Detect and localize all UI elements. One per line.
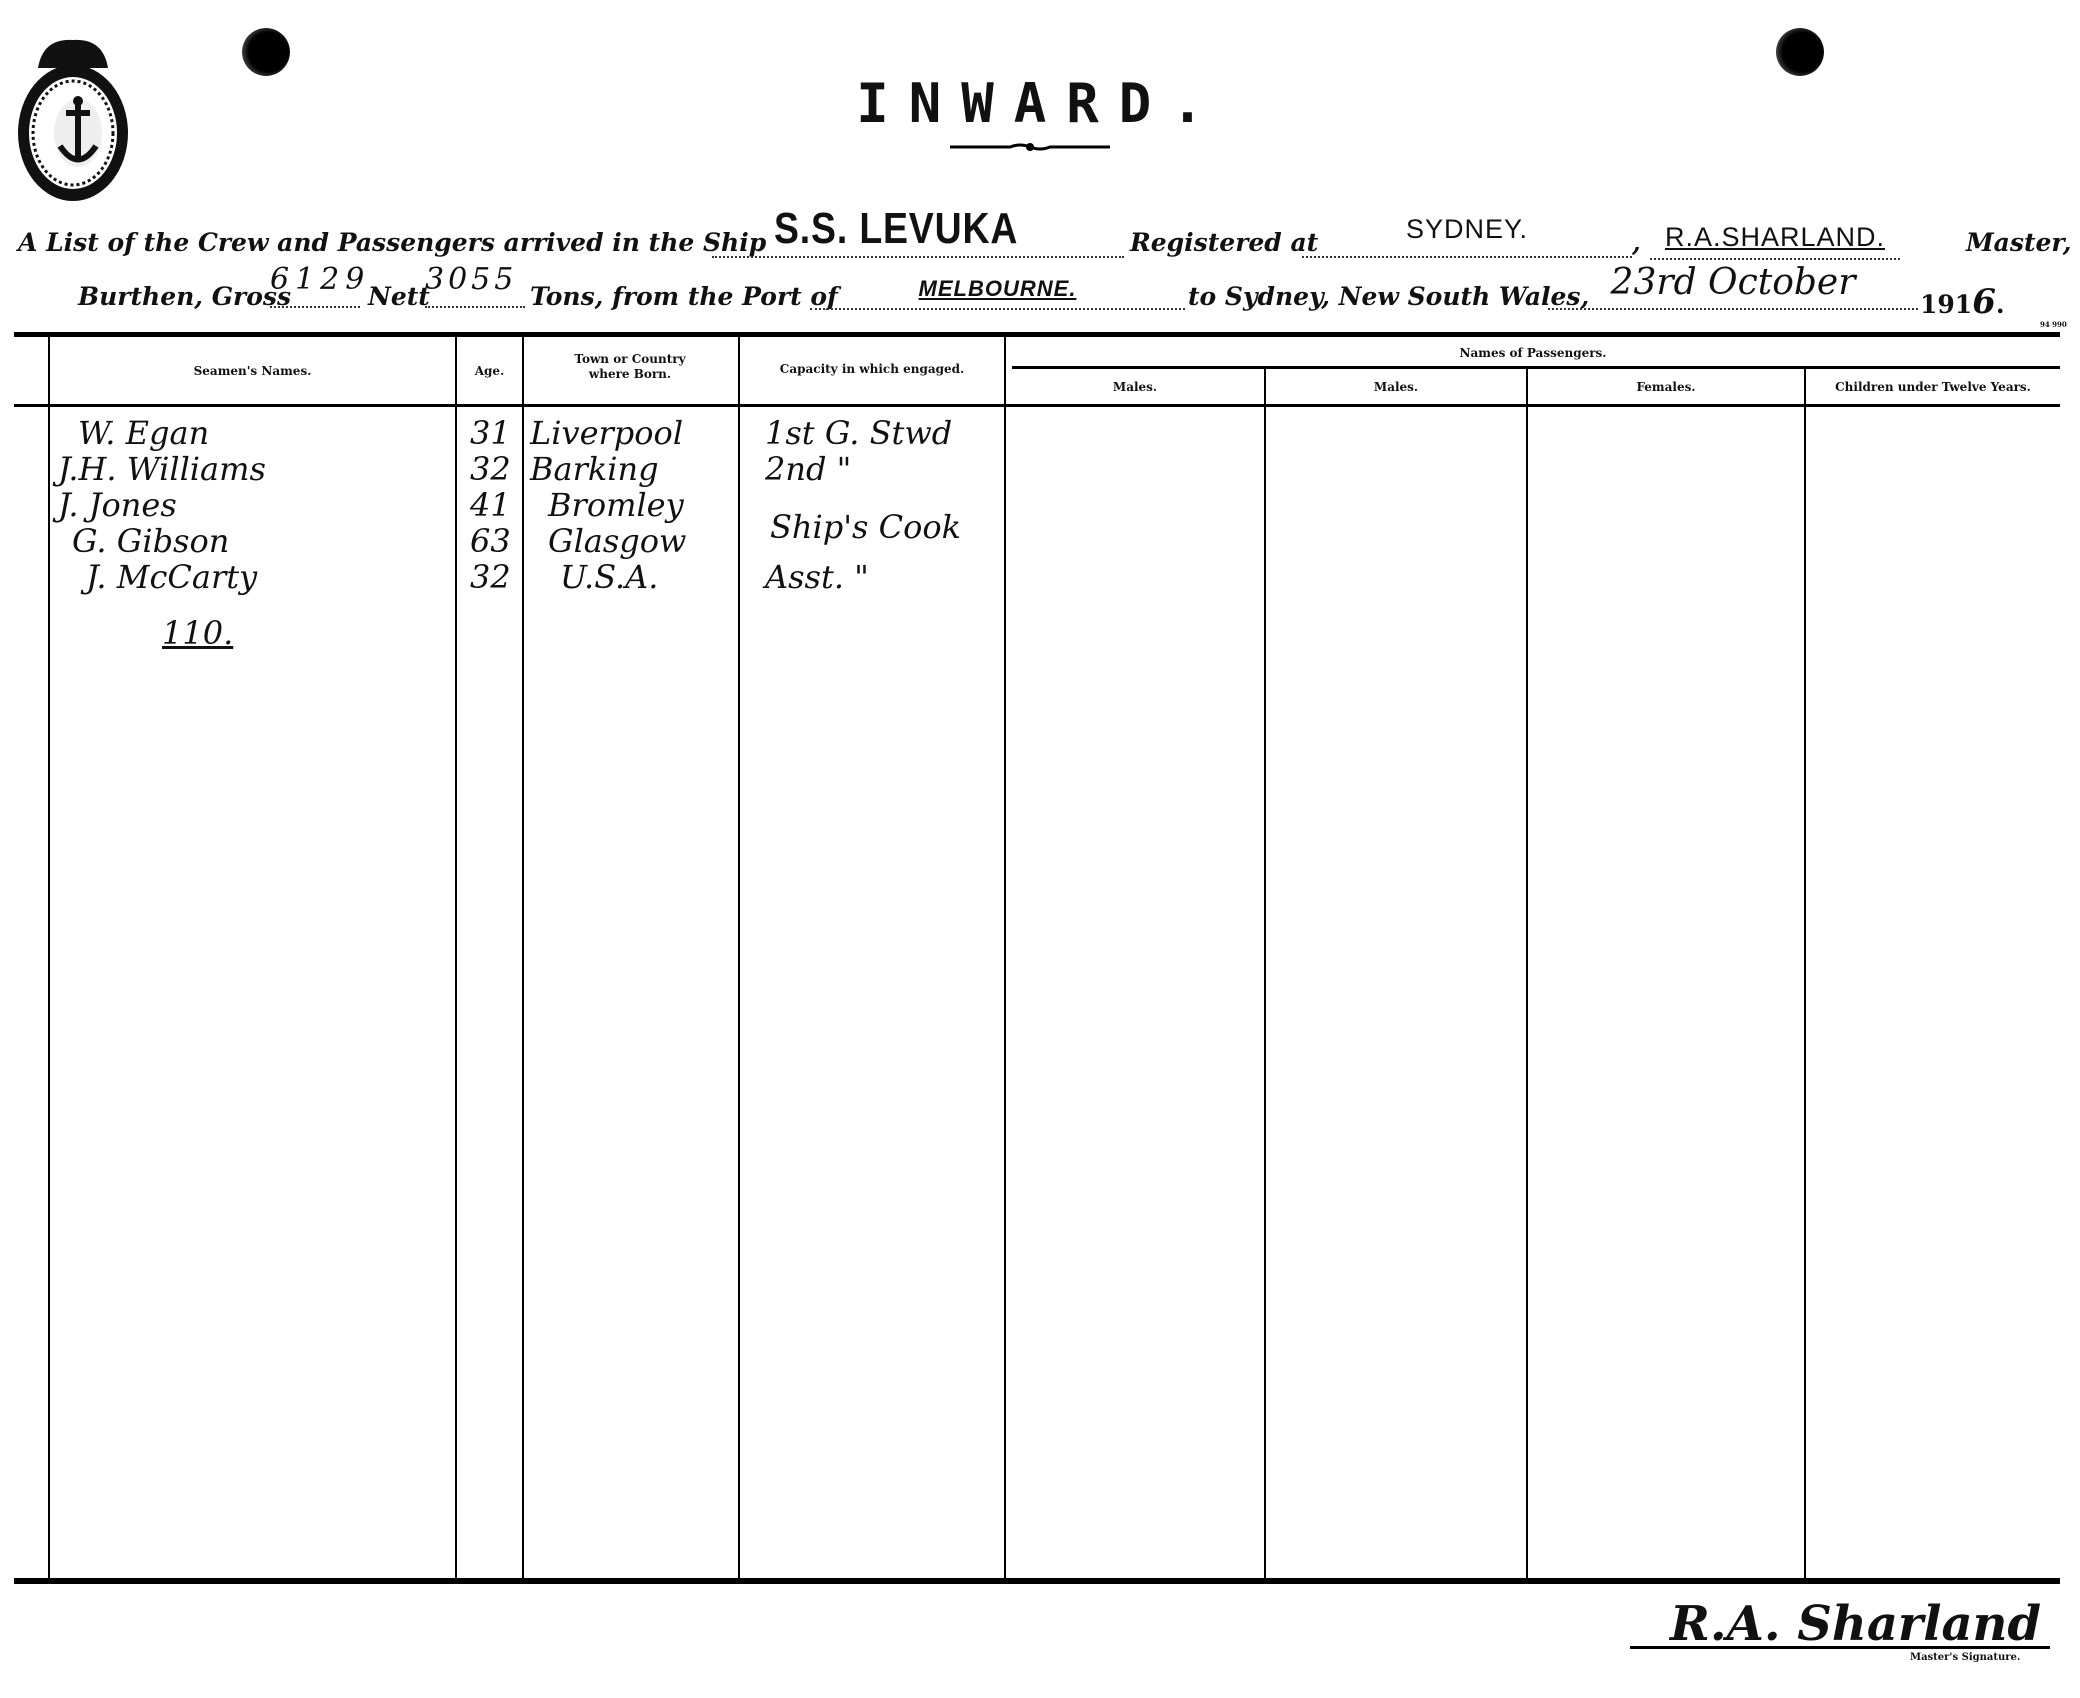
nett-tons-field: 3055 (425, 262, 525, 308)
col-divider (522, 337, 524, 1580)
document-title: INWARD. (0, 72, 2080, 135)
header-bottom-rule (14, 404, 2060, 407)
to-sydney-label: to Sydney, New South Wales, (1188, 282, 1589, 311)
master-name-field: R.A.SHARLAND. (1650, 222, 1900, 260)
master-label: Master, (1966, 228, 2071, 257)
seaman-born: U.S.A. (560, 560, 658, 594)
year-field: 1916. (1920, 282, 2005, 322)
registered-at-value: SYDNEY. (1406, 214, 1528, 244)
header-capacity: Capacity in which engaged. (740, 362, 1004, 376)
ship-name-field: S.S. LEVUKA (712, 204, 1124, 258)
header-passengers-group: Names of Passengers. (1006, 346, 2060, 360)
passengers-subheader-rule (1012, 366, 2060, 369)
seaman-capacity: 2nd " (765, 452, 851, 486)
seaman-name: J.H. Williams (58, 452, 266, 486)
seaman-born: Barking (530, 452, 659, 486)
header-age: Age. (457, 364, 522, 378)
seaman-capacity: Ship's Cook (770, 510, 961, 544)
seaman-born: Liverpool (530, 416, 683, 450)
header-line-1: A List of the Crew and Passengers arrive… (18, 228, 766, 257)
burthen-label: Burthen, Gross (78, 282, 291, 311)
title-ornament (950, 142, 1110, 152)
total-note: 110. (162, 616, 233, 650)
seaman-born: Bromley (548, 488, 684, 522)
date-field: 23rd October (1548, 262, 1918, 310)
seaman-age: 63 (470, 524, 511, 558)
header-males-2: Males. (1266, 380, 1526, 394)
ship-name: S.S. LEVUKA (774, 204, 1018, 254)
nett-tons-value: 3055 (425, 262, 517, 297)
date-value: 23rd October (1611, 262, 1856, 303)
gross-tons-value: 6129 (270, 262, 370, 297)
col-divider (455, 337, 457, 1580)
registered-at-field: SYDNEY. (1302, 214, 1632, 258)
seaman-age: 32 (470, 452, 511, 486)
seaman-capacity: 1st G. Stwd (765, 416, 952, 450)
comma: , (1632, 228, 1641, 257)
col-divider (1264, 369, 1266, 1580)
gross-tons-field: 6129 (270, 262, 360, 308)
seaman-name: J. McCarty (86, 560, 257, 594)
seaman-name: W. Egan (78, 416, 209, 450)
signature-label: Master's Signature. (1910, 1652, 2020, 1663)
signature-block: R.A. Sharland Master's Signature. (1630, 1590, 2050, 1670)
header-children: Children under Twelve Years. (1806, 380, 2060, 394)
seaman-age: 32 (470, 560, 511, 594)
col-divider (1004, 337, 1006, 1580)
seaman-age: 41 (470, 488, 511, 522)
master-signature: R.A. Sharland (1670, 1596, 2041, 1652)
table-top-rule (14, 332, 2060, 337)
seaman-age: 31 (470, 416, 511, 450)
col-divider (1526, 369, 1528, 1580)
seaman-name: J. Jones (58, 488, 177, 522)
header-seamens-names: Seamen's Names. (50, 364, 455, 378)
header-born: Town or Country where Born. (560, 352, 700, 382)
signature-line (1630, 1646, 2050, 1649)
seaman-name: G. Gibson (72, 524, 229, 558)
header-males: Males. (1006, 380, 1264, 394)
year-prefix: 191 (1920, 290, 1972, 319)
year-period: . (1996, 290, 2005, 319)
col-divider (48, 337, 50, 1580)
list-prefix: A List of the Crew and Passengers arrive… (18, 228, 766, 257)
year-suffix: 6 (1972, 282, 1996, 322)
col-divider (1804, 369, 1806, 1580)
registered-label: Registered at (1130, 228, 1318, 257)
seaman-capacity: Asst. " (765, 560, 869, 594)
col-divider (738, 337, 740, 1580)
form-number: 94 990 (2040, 320, 2067, 329)
from-port-field: MELBOURNE. (810, 276, 1185, 310)
tons-from-label: Tons, from the Port of (530, 282, 838, 311)
master-name: R.A.SHARLAND. (1665, 222, 1885, 252)
table-bottom-rule (14, 1578, 2060, 1584)
from-port-value: MELBOURNE. (919, 276, 1077, 301)
nett-label: Nett (368, 282, 430, 311)
seaman-born: Glasgow (548, 524, 686, 558)
header-females: Females. (1528, 380, 1804, 394)
punch-hole-left (242, 28, 290, 76)
punch-hole-right (1776, 28, 1824, 76)
